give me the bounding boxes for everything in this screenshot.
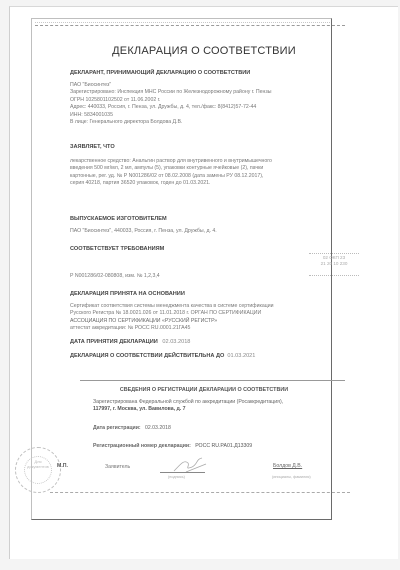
declarant-registered: Зарегистрировано: Инспекция МНС России п… [70, 89, 271, 96]
registration-date-value: 02.03.2018 [145, 425, 171, 431]
valid-until-label: ДЕКЛАРАЦИЯ О СООТВЕТСТВИИ ДЕЙСТВИТЕЛЬНА … [70, 353, 224, 359]
registration-number-row: Регистрационный номер декларации: РОСС R… [93, 443, 252, 450]
basis-line: Русского Регистра № 18.0021.026 от 11.01… [70, 310, 274, 317]
product-line: серия 40218, партия 36520 упаковок, годе… [70, 180, 272, 187]
requirements-heading: СООТВЕТСТВУЕТ ТРЕБОВАНИЯМ [70, 246, 164, 252]
applicant-label: Заявитель [105, 464, 130, 471]
okp-code-stamp: 02 ОКП 23 21 20 10 230 [309, 253, 359, 267]
document-page: ДЕКЛАРАЦИЯ О СООТВЕТСТВИИ ДЕКЛАРАНТ, ПРИ… [9, 6, 398, 559]
seal-text: Для документов [27, 459, 49, 469]
registration-date-row: Дата регистрации: 02.03.2018 [93, 425, 171, 432]
signature-caption: (подпись) [168, 475, 185, 479]
registration-authority: Зарегистрирована Федеральной службой по … [93, 399, 283, 414]
declares-heading: ЗАЯВЛЯЕТ, ЧТО [70, 144, 115, 150]
registration-date-label: Дата регистрации: [93, 425, 141, 431]
top-border-dashed [35, 25, 345, 26]
okp-code-line: 21 20 10 230 [309, 261, 359, 267]
seal-label: М.П. [57, 463, 68, 470]
declarant-details: ПАО "Биосинтез" Зарегистрировано: Инспек… [70, 82, 271, 126]
valid-until-row: ДЕКЛАРАЦИЯ О СООТВЕТСТВИИ ДЕЙСТВИТЕЛЬНА … [70, 353, 255, 359]
basis-details: Сертификат соответствия системы менеджме… [70, 303, 274, 333]
registration-authority-name: Зарегистрирована Федеральной службой по … [93, 399, 283, 406]
valid-until-value: 01.03.2021 [227, 353, 255, 359]
registration-authority-address: 117997, г. Москва, ул. Вавилова, д. 7 [93, 406, 283, 413]
declarant-representative: В лице: Генерального директора Болдова Д… [70, 119, 271, 126]
product-description: лекарственное средство: Анальгин раствор… [70, 158, 272, 188]
basis-heading: ДЕКЛАРАЦИЯ ПРИНЯТА НА ОСНОВАНИИ [70, 291, 185, 297]
basis-line: АССОЦИАЦИЯ ПО СЕРТИФИКАЦИИ «РУССКИЙ РЕГИ… [70, 318, 274, 325]
product-line: картонные, рег. уд. № Р N001286/02 от 08… [70, 173, 272, 180]
bottom-border-dashed [50, 492, 350, 493]
acceptance-date-label: ДАТА ПРИНЯТИЯ ДЕКЛАРАЦИИ [70, 339, 158, 345]
basis-line: Сертификат соответствия системы менеджме… [70, 303, 274, 310]
registration-number-label: Регистрационный номер декларации: [93, 443, 191, 449]
registration-number-value: РОСС RU.РА01.Д13309 [195, 443, 252, 449]
registration-heading: СВЕДЕНИЯ О РЕГИСТРАЦИИ ДЕКЛАРАЦИИ О СООТ… [10, 387, 398, 393]
stamp-underline [309, 275, 359, 276]
manufacturer-heading: ВЫПУСКАЕМОЕ ИЗГОТОВИТЕЛЕМ [70, 216, 167, 222]
declarant-address: Адрес: 440033, Россия, г. Пенза, ул. Дру… [70, 104, 271, 111]
document-title: ДЕКЛАРАЦИЯ О СООТВЕТСТВИИ [10, 45, 398, 57]
product-line: введения 500 мг/мл, 2 мл, ампулы (5), уп… [70, 165, 272, 172]
signatory-name: Болдов Д.В. [273, 463, 302, 470]
basis-line: аттестат аккредитации: № РОСС RU.0001.21… [70, 325, 274, 332]
declarant-ogrn: ОГРН 1025801102502 от 11.06.2002 г. [70, 97, 271, 104]
signature-line [160, 472, 205, 473]
requirements-standard: Р N001286/02-080808, изм. № 1,2,3,4 [70, 273, 160, 280]
acceptance-date-row: ДАТА ПРИНЯТИЯ ДЕКЛАРАЦИИ 02.03.2018 [70, 339, 190, 345]
declarant-inn: ИНН: 5834001035 [70, 112, 271, 119]
manufacturer-details: ПАО "Биосинтез", 440033, Россия, г. Пенз… [70, 228, 217, 235]
name-caption: (инициалы, фамилия) [272, 475, 311, 479]
section-divider [80, 380, 345, 381]
acceptance-date-value: 02.03.2018 [162, 339, 190, 345]
declarant-heading: ДЕКЛАРАНТ, ПРИНИМАЮЩИЙ ДЕКЛАРАЦИЮ О СООТ… [70, 70, 250, 76]
